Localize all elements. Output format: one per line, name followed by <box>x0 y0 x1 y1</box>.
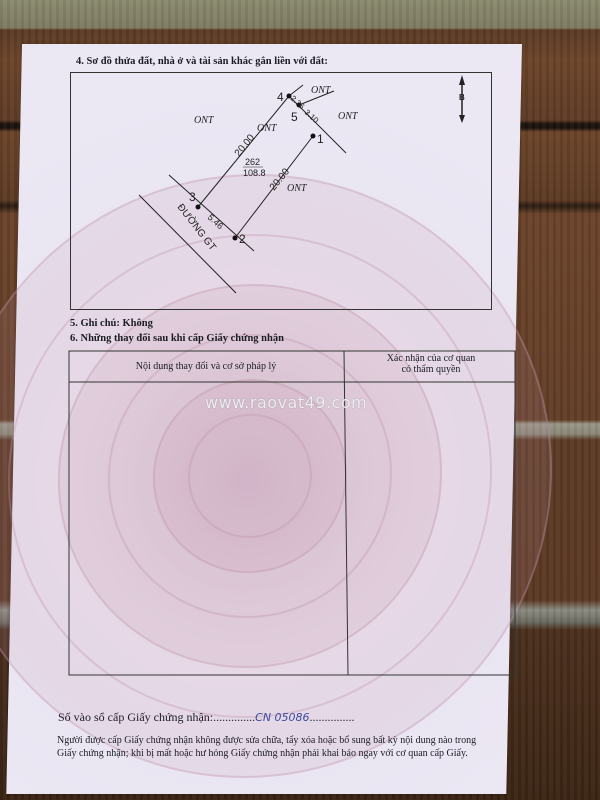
column-header-changes: Nội dung thay đổi và cơ sở pháp lý <box>68 361 344 372</box>
svg-text:3: 3 <box>189 190 196 204</box>
svg-text:ONT: ONT <box>287 183 308 194</box>
website-watermark: www.raovat49.com <box>205 393 367 412</box>
column-header-confirmation-line2: có thẩm quyền <box>346 364 516 375</box>
register-dots-after: ............... <box>310 710 355 724</box>
svg-text:ONT: ONT <box>194 115 215 126</box>
notice-line-1: Người được cấp Giấy chứng nhận không đượ… <box>57 735 476 746</box>
svg-text:20.00: 20.00 <box>233 132 258 159</box>
register-number-line: Số vào sổ cấp Giấy chứng nhận:..........… <box>58 710 355 725</box>
svg-text:ONT: ONT <box>311 85 332 96</box>
svg-text:262: 262 <box>245 157 260 167</box>
svg-text:ONT: ONT <box>338 111 359 122</box>
svg-text:3.10: 3.10 <box>303 108 321 125</box>
svg-text:1: 1 <box>317 132 324 146</box>
register-number: CN 05086 <box>255 711 309 724</box>
svg-text:ONT: ONT <box>257 123 278 134</box>
parcel-diagram-svg: B 1 2 3 4 5 20.00 20.00 5.46 2.36 3.10 2… <box>71 73 491 309</box>
parcel-diagram: B 1 2 3 4 5 20.00 20.00 5.46 2.36 3.10 2… <box>70 72 492 310</box>
section-4-heading: 4. Sơ đồ thửa đất, nhà ở và tài sản khác… <box>76 56 328 67</box>
svg-text:B: B <box>459 93 465 102</box>
svg-text:2: 2 <box>239 232 246 246</box>
svg-text:4: 4 <box>277 90 284 104</box>
svg-text:5.46: 5.46 <box>206 212 226 231</box>
column-header-confirmation-line1: Xác nhận của cơ quan <box>346 353 516 364</box>
register-label: Số vào sổ cấp Giấy chứng nhận: <box>58 710 213 724</box>
svg-text:5: 5 <box>291 110 298 124</box>
column-header-confirmation: Xác nhận của cơ quan có thẩm quyền <box>346 353 516 375</box>
register-dots-before: .............. <box>213 710 255 724</box>
section-5-note: 5. Ghi chú: Không <box>70 318 153 329</box>
svg-text:108.8: 108.8 <box>243 168 266 178</box>
notice-line-2: Giấy chứng nhận; khi bị mất hoặc hư hỏng… <box>57 748 468 759</box>
section-6-heading: 6. Những thay đổi sau khi cấp Giấy chứng… <box>70 333 284 344</box>
svg-text:2.36: 2.36 <box>289 94 307 111</box>
